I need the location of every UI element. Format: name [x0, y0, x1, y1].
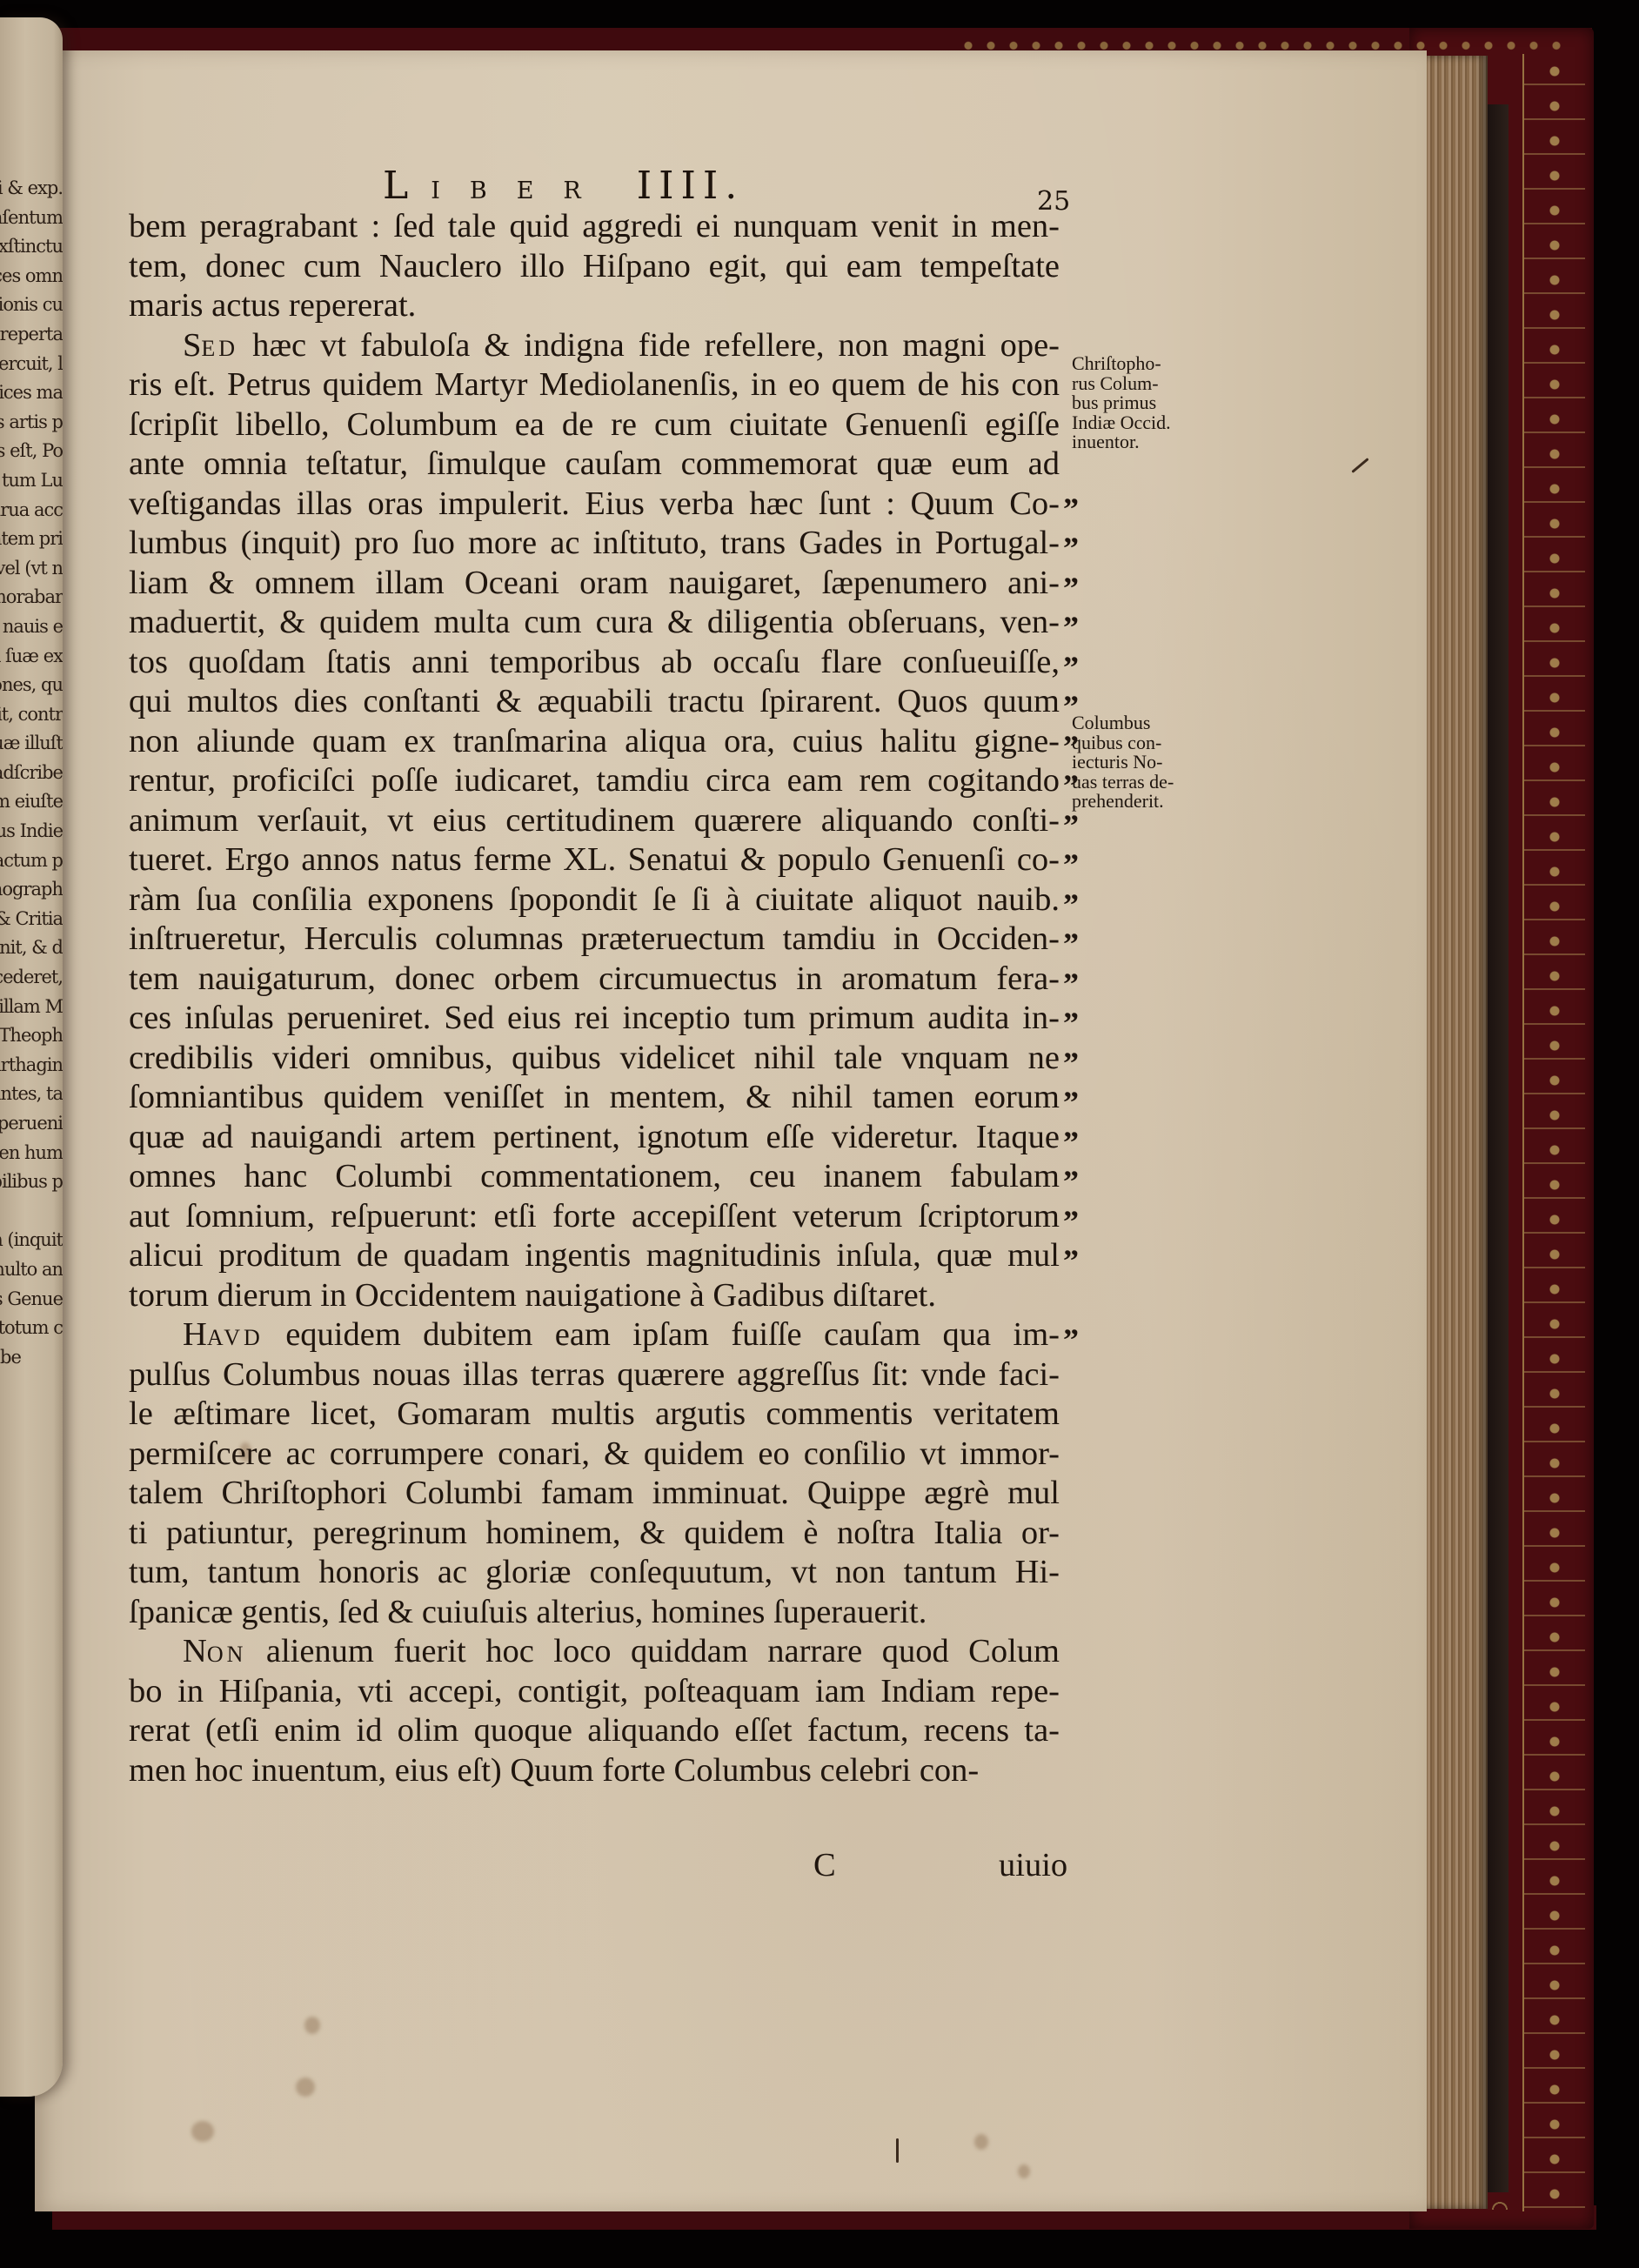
quotation-mark: ” — [1063, 572, 1079, 604]
verso-line-fragment: n perueni — [0, 1109, 63, 1139]
signature-mark: C — [813, 1846, 836, 1884]
body-text: bem peragrabant : ſed tale quid aggredi … — [129, 207, 1060, 1790]
verso-line-fragment: Carthagin — [0, 1051, 63, 1080]
quotation-mark: ” — [1063, 1166, 1079, 1197]
verso-line-fragment: gantes, ta — [0, 1080, 63, 1109]
verso-line-fragment: ninit, & d — [0, 933, 63, 963]
quotation-mark: ” — [1063, 928, 1079, 960]
quotation-mark: ” — [1063, 612, 1079, 643]
verso-line-fragment: dices omn — [0, 262, 63, 291]
pen-stroke-mark — [1351, 458, 1368, 473]
verso-line-fragment: ndices ma — [0, 378, 63, 408]
verso-line-fragment: gationis cu — [0, 291, 63, 320]
text-line: liam & omnem illam Oceani oram nauigaret… — [129, 564, 1060, 604]
text-line: ante omnia teſtatur, ſimulque cauſam com… — [129, 445, 1060, 485]
running-head-smallcaps: IBER — [431, 177, 611, 204]
foxing-spot — [1018, 2164, 1030, 2178]
running-head-initial: L — [383, 164, 431, 208]
sidenote-line: Chriſtopho- — [1072, 354, 1202, 374]
verso-line-fragment: m exſtinctu — [0, 232, 63, 262]
sidenote-line: uas terras de- — [1072, 773, 1202, 793]
text-line: maduertit, & quidem multa cum cura & dil… — [129, 603, 1060, 643]
text-line: quæ ad nauigandi artem pertinent, ignotu… — [129, 1118, 1060, 1158]
sidenote-line: rus Colum- — [1072, 374, 1202, 394]
quotation-mark: ” — [1063, 1127, 1079, 1158]
text-line: tem, donec cum Nauclero illo Hiſpano egi… — [129, 247, 1060, 287]
text-line: men hoc inuentum, eius eſt) Quum forte C… — [129, 1751, 1060, 1791]
quotation-mark: ” — [1063, 849, 1079, 880]
text-line: le æſtimare licet, Gomaram multis arguti… — [129, 1395, 1060, 1435]
paragraph-smallcaps: AVD — [207, 1325, 264, 1350]
quotation-mark: ” — [1063, 889, 1079, 920]
page-block-fore-edge — [1425, 56, 1488, 2209]
verso-line-fragment: erti & exp. — [0, 174, 63, 204]
verso-line-fragment: ius Indie — [0, 817, 63, 846]
paragraph-smallcaps: ED — [201, 336, 238, 361]
verso-line-fragment — [0, 1197, 63, 1227]
verso-line-fragment: ſmograph — [0, 875, 63, 905]
verso-line-fragment: eius artis p — [0, 408, 63, 438]
book-photograph: erti & exp.conſentumm exſtinctudices omn… — [0, 0, 1639, 2268]
quotation-mark: ” — [1063, 1245, 1079, 1276]
text-line: qui multos dies conſtanti & æquabili tra… — [129, 682, 1060, 722]
verso-line-fragment: amen hum — [0, 1139, 63, 1168]
gilt-tooling-border — [1522, 54, 1585, 2211]
running-head: LIBERIIII. — [383, 164, 744, 208]
text-line: lumbus (inquit) pro ſuo more ac inſtitut… — [129, 524, 1060, 564]
text-line: ſcripſit libello, Columbum ea de re cum … — [129, 405, 1060, 445]
sidenote-columbus-discoverer: Chriſtopho-rus Colum-bus primusIndiæ Occ… — [1072, 354, 1202, 452]
text-line: tem nauigaturum, donec orbem circumuectu… — [129, 960, 1060, 1000]
verso-line-fragment: , adſcribe — [0, 759, 63, 788]
text-line: SED hæc vt fabuloſa & indigna fide refel… — [129, 326, 1060, 366]
verso-line-fragment: l Theoph — [0, 1021, 63, 1051]
verso-line-fragment: uæ illuſt — [0, 729, 63, 759]
text-line: alicui proditum de quadam ingentis magni… — [129, 1236, 1060, 1276]
cover-inner-shadow — [1488, 104, 1509, 2192]
text-line: animum verſauit, vt eius certitudinem qu… — [129, 801, 1060, 841]
verso-line-fragment: ſa totum c — [0, 1314, 63, 1343]
verso-line-fragment: ctus eſt, Po — [0, 437, 63, 466]
text-line: ti patiuntur, peregrinum hominem, & quid… — [129, 1514, 1060, 1554]
verso-line-fragment: be — [0, 1343, 63, 1373]
foxing-spot — [974, 2134, 988, 2150]
sidenote-columbus-conjectures: Columbusquibus con-iecturis No-uas terra… — [1072, 713, 1202, 812]
verso-line-fragment: tactum p — [0, 846, 63, 876]
foxing-spot — [304, 2017, 320, 2034]
verso-line-fragment: m reperta — [0, 320, 63, 350]
paragraph-initial: H — [183, 1316, 207, 1353]
verso-line-fragment: m (inquit — [0, 1226, 63, 1255]
verso-line-fragment: & Critia — [0, 905, 63, 934]
text-line: tueret. Ergo annos natus ferme XL. Senat… — [129, 840, 1060, 880]
verso-line-fragment: illam M — [0, 993, 63, 1022]
text-line: inſtrueretur, Herculis columnas præterue… — [129, 920, 1060, 960]
text-line: ris eſt. Petrus quidem Martyr Mediolanen… — [129, 365, 1060, 405]
verso-line-fragment: omi ſuæ ex — [0, 642, 63, 672]
verso-line-fragment: em eiuſte — [0, 787, 63, 817]
verso-line-fragment: parua acc — [0, 496, 63, 525]
quotation-mark: ” — [1063, 1206, 1079, 1237]
verso-line-fragment: uis Genue — [0, 1285, 63, 1315]
text-line: tos quoſdam ſtatis anni temporibus ab oc… — [129, 643, 1060, 683]
quotation-mark: ” — [1063, 810, 1079, 841]
text-line: rentur, proficiſci poſſe iudicaret, tamd… — [129, 761, 1060, 801]
text-line: omnes hanc Columbi commentationem, ceu i… — [129, 1157, 1060, 1197]
text-line: non aliunde quam ex tranſmarina aliqua o… — [129, 722, 1060, 762]
verso-page-curl: erti & exp.conſentumm exſtinctudices omn… — [0, 17, 63, 2097]
text-line: talem Chriſtophori Columbi famam imminua… — [129, 1474, 1060, 1514]
quotation-mark: ” — [1063, 1087, 1079, 1118]
catchword: uiuio — [999, 1846, 1067, 1884]
verso-line-fragment: abilibus p — [0, 1167, 63, 1197]
text-line: ràm ſua conſilia exponens ſpopondit ſe ſ… — [129, 880, 1060, 920]
verso-line-fragment: pones, qu — [0, 671, 63, 700]
sidenote-line: bus primus — [1072, 393, 1202, 413]
text-line: bo in Hiſpania, vti accepi, contigit, po… — [129, 1672, 1060, 1712]
text-line: rerat (etſi enim id olim quoque aliquand… — [129, 1711, 1060, 1751]
verso-line-fragment: ue tum Lu — [0, 466, 63, 496]
sidenote-line: quibus con- — [1072, 733, 1202, 753]
sidenote-line: Columbus — [1072, 713, 1202, 733]
paragraph-initial: N — [183, 1633, 207, 1669]
verso-line-fragment: xcederet, — [0, 963, 63, 993]
text-line: ſomniantibus quidem veniſſet in mentem, … — [129, 1078, 1060, 1118]
text-line: tum, tantum honoris ac gloriæ conſequutu… — [129, 1553, 1060, 1593]
quotation-mark: ” — [1063, 1047, 1079, 1079]
verso-line-fragment: t, vel (vt n — [0, 554, 63, 584]
text-line: permiſcere ac corrumpere conari, & quide… — [129, 1435, 1060, 1475]
text-line: pulſus Columbus nouas illas terras quære… — [129, 1355, 1060, 1395]
pen-stroke-mark — [896, 2138, 899, 2163]
text-line: bem peragrabant : ſed tale quid aggredi … — [129, 207, 1060, 247]
foxing-spot — [191, 2121, 214, 2142]
sidenote-line: iecturis No- — [1072, 753, 1202, 773]
verso-line-fragment: erit, contr — [0, 700, 63, 730]
text-line: ces inſulas perueniret. Sed eius rei inc… — [129, 999, 1060, 1039]
verso-line-fragment: , multo an — [0, 1255, 63, 1285]
text-line: aut ſomnium, reſpuerunt: etſi forte acce… — [129, 1197, 1060, 1237]
paragraph-initial: S — [183, 327, 201, 364]
text-line: torum dierum in Occidentem nauigatione à… — [129, 1276, 1060, 1316]
verso-line-fragment: exercuit, l — [0, 350, 63, 379]
running-head-book-number: IIII. — [637, 164, 745, 208]
paragraph-smallcaps: ON — [207, 1642, 247, 1667]
verso-line-fragment: itatem pri — [0, 525, 63, 554]
sidenote-line: Indiæ Occid. — [1072, 413, 1202, 433]
verso-line-fragment: conſentum — [0, 204, 63, 233]
text-line: ſpanicæ gentis, ſed & cuiuſuis alterius,… — [129, 1593, 1060, 1633]
text-line: maris actus repererat. — [129, 286, 1060, 326]
text-line: veſtigandas illas oras impulerit. Eius v… — [129, 485, 1060, 525]
quotation-mark: ” — [1063, 1007, 1079, 1039]
quotation-mark: ” — [1063, 968, 1079, 1000]
quotation-mark: ” — [1063, 493, 1079, 525]
quotation-mark: ” — [1063, 532, 1079, 564]
text-line: credibilis videri omnibus, quibus videli… — [129, 1039, 1060, 1079]
text-line: NON alienum fuerit hoc loco quiddam narr… — [129, 1632, 1060, 1672]
verso-line-fragment: mmorabar — [0, 583, 63, 612]
verso-line-fragment: et, nauis e — [0, 612, 63, 642]
quotation-mark: ” — [1063, 652, 1079, 683]
sidenote-line: prehenderit. — [1072, 792, 1202, 812]
sidenote-line: inuentor. — [1072, 432, 1202, 452]
foxing-spot — [296, 2077, 315, 2097]
text-line: HAVD equidem dubitem eam ipſam fuiſſe ca… — [129, 1315, 1060, 1355]
verso-text-fragments: erti & exp.conſentumm exſtinctudices omn… — [0, 174, 63, 1372]
quotation-mark: ” — [1063, 1324, 1079, 1355]
